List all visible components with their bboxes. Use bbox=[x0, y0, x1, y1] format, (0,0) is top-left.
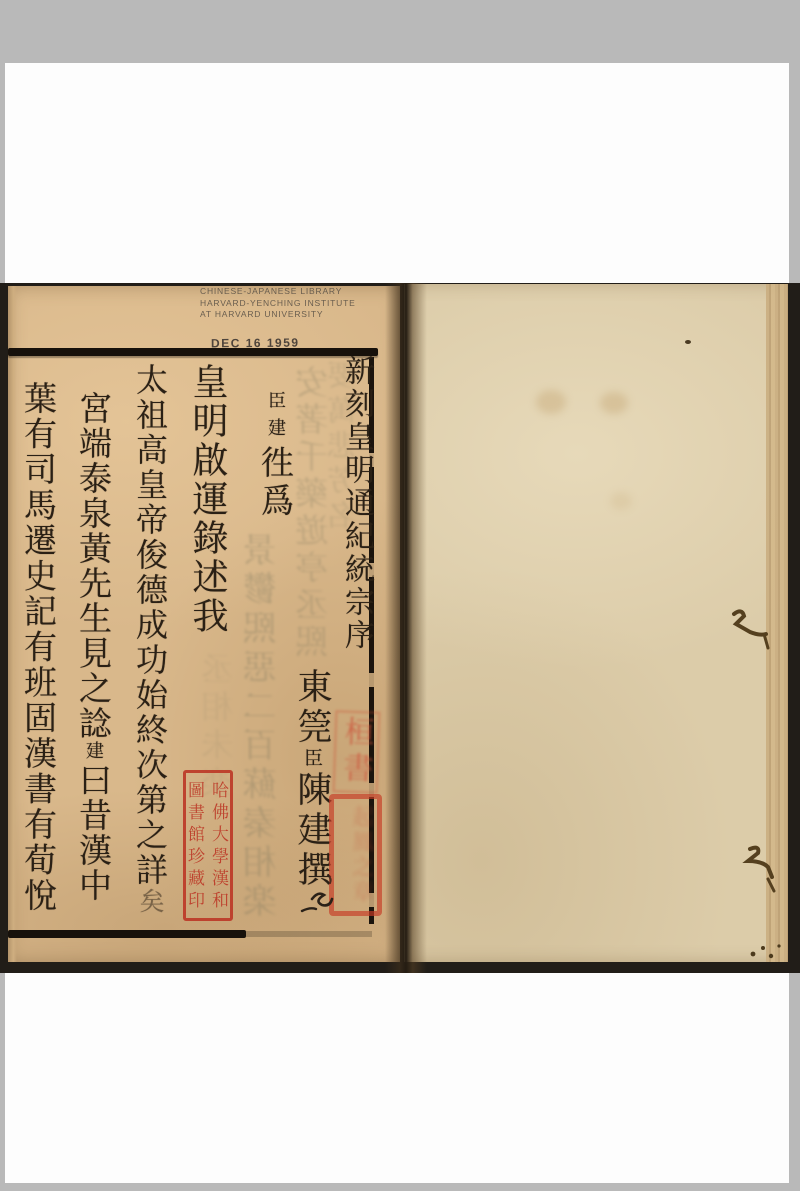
col6-main: 宮端泰泉黃先生見之諗 bbox=[74, 391, 113, 741]
frame-border-bottom bbox=[8, 930, 246, 938]
col5-main: 太祖高皇帝俊德成功始終次第之詳 bbox=[131, 363, 169, 888]
paper-stain bbox=[600, 392, 628, 414]
col5-faded-char: 矣 bbox=[136, 888, 165, 916]
library-stamp-line2: HARVARD-YENCHING INSTITUTE bbox=[200, 298, 320, 310]
text-column-3: 臣建徃爲 bbox=[252, 391, 299, 521]
paper-stain bbox=[536, 390, 566, 414]
author-place: 東筦 bbox=[292, 668, 332, 748]
ink-scribble-annotation bbox=[298, 855, 350, 917]
text-column-5: 太祖高皇帝俊德成功始終次第之詳矣 bbox=[127, 363, 173, 916]
harvard-seal-right-column: 哈佛大學漢和 bbox=[206, 775, 230, 918]
paper-stain bbox=[610, 492, 632, 510]
library-stamp: CHINESE-JAPANESE LIBRARY HARVARD-YENCHIN… bbox=[200, 286, 320, 321]
mat-bottom bbox=[5, 973, 789, 1183]
harvard-yenching-seal: 哈佛大學漢和 圖書館珍藏印 bbox=[183, 770, 233, 921]
col6-small-char: 建 bbox=[83, 741, 104, 763]
title-column: 新刻皇明通紀統宗序 bbox=[334, 355, 378, 652]
book-gutter-shadow bbox=[385, 283, 427, 973]
scanned-book-photograph: CHINESE-JAPANESE LIBRARY HARVARD-YENCHIN… bbox=[0, 0, 800, 1191]
text-column-7: 葉有司馬遷史記有班固漢書有荀悅 bbox=[15, 381, 62, 914]
binding-thread-mark bbox=[720, 600, 780, 670]
frame-border-bottom-faded bbox=[246, 931, 372, 937]
bleedthrough-text-column: 景鬱熙惡二百蘇秦相楽 bbox=[238, 532, 287, 922]
red-seal-upper: 桓書 bbox=[333, 710, 381, 794]
text-column-6: 宮端泰泉黃先生見之諗建曰昔漢中 bbox=[70, 391, 117, 903]
library-stamp-line1: CHINESE-JAPANESE LIBRARY bbox=[200, 286, 320, 298]
paper-speck bbox=[685, 340, 691, 344]
frame-border-top bbox=[8, 348, 378, 356]
library-stamp-line3: AT HARVARD UNIVERSITY bbox=[200, 309, 320, 321]
col3-small-chars: 臣建 bbox=[265, 391, 286, 445]
col6-tail: 曰昔漢中 bbox=[74, 763, 113, 903]
col3-big-chars: 徃爲 bbox=[256, 445, 295, 521]
text-column-4: 皇明啟運錄述我 bbox=[182, 363, 233, 636]
author-humble-char: 臣 bbox=[301, 748, 323, 771]
binding-thread-specks bbox=[745, 940, 785, 964]
red-seal-lower-glyphs: 起鳳之章 bbox=[349, 805, 374, 905]
binding-thread-mark bbox=[738, 835, 793, 895]
harvard-seal-left-column: 圖書館珍藏印 bbox=[182, 775, 206, 918]
mat-top bbox=[5, 63, 789, 283]
